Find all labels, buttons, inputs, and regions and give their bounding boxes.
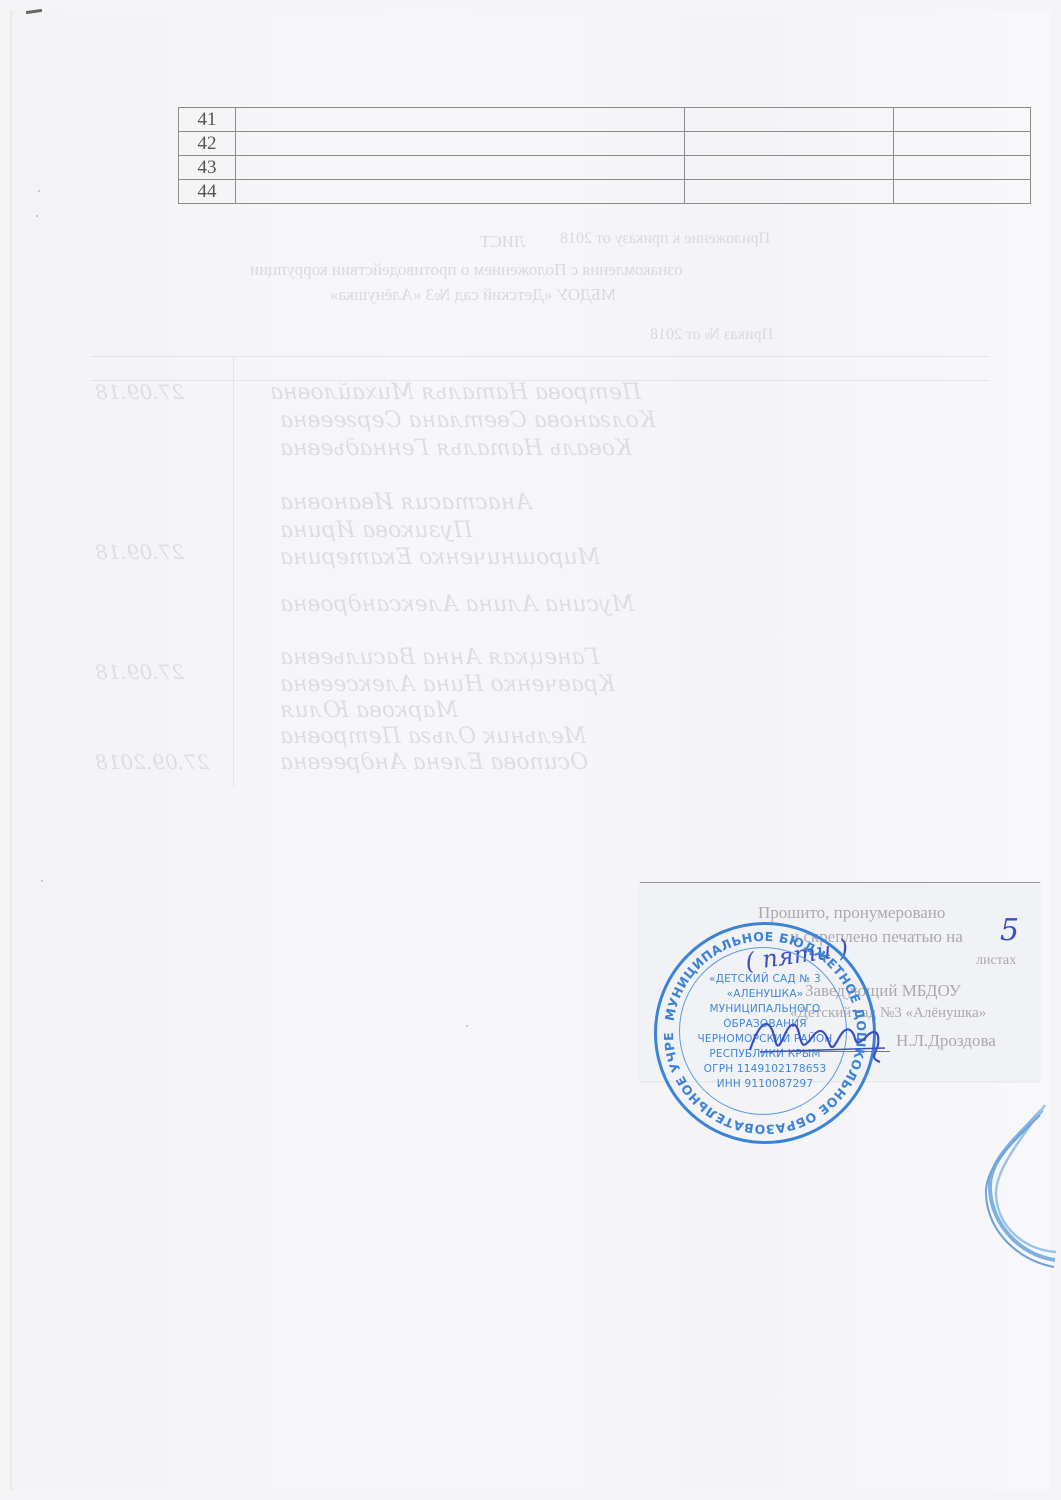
bleed-through-handwriting: Мельник Ольга Петровна xyxy=(280,724,586,749)
signature xyxy=(740,1000,890,1070)
table-cell-num: 43 xyxy=(179,156,236,180)
table-cell-name xyxy=(236,108,685,132)
bleed-through-handwriting: Мусина Алина Александровна xyxy=(280,592,634,617)
bleed-through-handwriting: Кравченко Нина Алексеевна xyxy=(280,672,615,697)
bleed-through-handwriting: Осипова Елена Андреевна xyxy=(280,750,588,775)
signatory-name: Н.Л.Дроздова xyxy=(896,1031,996,1051)
bleed-through-handwriting: Коваль Наталья Геннадьевна xyxy=(280,436,632,461)
table-cell-col4 xyxy=(894,180,1031,204)
table-cell-col3 xyxy=(685,132,894,156)
stamp-line: ИНН 9110087297 xyxy=(657,1078,873,1090)
bleed-through-text: Приказ № от 2018 xyxy=(650,326,773,344)
stamp-line: «АЛЕНУШКА» xyxy=(657,988,873,1000)
bleed-through-dates: 27.09.18 xyxy=(95,380,184,404)
table-cell-num: 42 xyxy=(179,132,236,156)
scan-speck xyxy=(41,880,43,882)
table-cell-name xyxy=(236,156,685,180)
scan-speck xyxy=(36,215,38,217)
bleed-through-handwriting: Колганова Светлана Сергеевна xyxy=(280,408,656,433)
table-cell-col3 xyxy=(685,108,894,132)
bleed-through-text: МБДОУ «Детский сад №3 «Алёнушка» xyxy=(330,285,616,305)
bleed-through-handwriting: Ганецкая Анна Васильевна xyxy=(280,645,599,670)
scan-speck xyxy=(38,190,40,192)
sheet-count: 5 xyxy=(1000,913,1019,948)
page-edge xyxy=(10,10,12,1490)
bleed-through-handwriting: Анастасия Ивановна xyxy=(280,490,532,515)
table-row: 44 xyxy=(179,180,1031,204)
label-line-1: Прошито, пронумеровано xyxy=(758,903,945,923)
bleed-through-handwriting: Мирошниченко Екатерина xyxy=(280,545,600,570)
stamp-line: «ДЕТСКИЙ САД № 3 xyxy=(657,973,873,985)
bleed-through-handwriting: Петрова Наталья Михайловна xyxy=(270,380,641,405)
table-cell-col3 xyxy=(685,156,894,180)
bleed-through-handwriting: Пузикова Ирина xyxy=(280,518,472,543)
table-cell-num: 41 xyxy=(179,108,236,132)
table-row: 42 xyxy=(179,132,1031,156)
bleed-through-dates: 27.09.2018 xyxy=(95,750,210,774)
bleed-through-line xyxy=(90,356,990,357)
document-table: 41424344 xyxy=(178,107,1031,204)
table-row: 41 xyxy=(179,108,1031,132)
table-cell-col4 xyxy=(894,156,1031,180)
table-cell-col4 xyxy=(894,108,1031,132)
bleed-through-text: ЛИСТ xyxy=(480,232,526,252)
table-cell-num: 44 xyxy=(179,180,236,204)
table-cell-col4 xyxy=(894,132,1031,156)
bleed-through-text: Приложение к приказу от 2018 xyxy=(560,230,770,248)
bleed-through-dates: 27.09.18 xyxy=(95,540,184,564)
bleed-through-dates: 27.09.18 xyxy=(95,660,184,684)
table-cell-col3 xyxy=(685,180,894,204)
table-row: 43 xyxy=(179,156,1031,180)
binding-thread xyxy=(960,1060,1061,1300)
table-cell-name xyxy=(236,180,685,204)
bleed-through-handwriting: Маркова Юлия xyxy=(280,698,458,723)
table-cell-name xyxy=(236,132,685,156)
scan-speck xyxy=(466,1025,468,1027)
label-line-3: листах xyxy=(976,953,1016,969)
bleed-through-line xyxy=(233,356,234,786)
bleed-through-text: ознакомления с Положением о противодейст… xyxy=(250,260,683,280)
